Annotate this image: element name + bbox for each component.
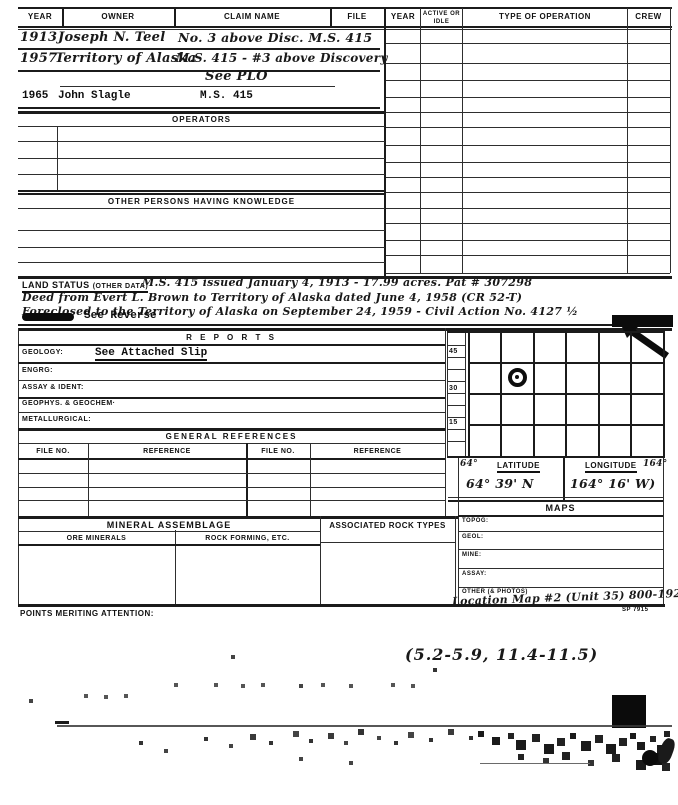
rule: [18, 604, 665, 607]
rule: [18, 397, 445, 399]
owner-row-year: 1965: [22, 90, 48, 102]
col-header-owner: OWNER: [62, 12, 174, 21]
points-meriting-attention-label: POINTS MERITING ATTENTION:: [20, 609, 154, 618]
grid-line: [447, 456, 665, 458]
grid-tick-15: 15: [449, 419, 458, 426]
geology-label: GEOLOGY:: [22, 349, 63, 356]
rule: [18, 230, 385, 231]
col-header-year-right: YEAR: [386, 12, 420, 21]
tick: [447, 417, 465, 418]
rule: [386, 273, 670, 274]
longitude-hand-suffix: 164°: [643, 459, 668, 469]
rule: [18, 324, 672, 326]
rule: [18, 247, 385, 248]
location-marker-icon: [508, 368, 527, 387]
scan-artifact-line: [57, 725, 672, 727]
rule: [386, 240, 670, 241]
scan-artifact: [55, 721, 69, 724]
owner-row-claim: M.S. 415 - #3 above Discovery: [176, 51, 388, 65]
maps-mine-label: MINE:: [462, 552, 482, 558]
rule: [386, 223, 670, 224]
grid-line: [447, 331, 665, 333]
metallurgical-label: METALLURGICAL:: [22, 416, 91, 423]
grid-line: [598, 331, 600, 458]
rule: [458, 568, 663, 569]
col-header-active-or-idle: ACTIVE OR IDLE: [421, 10, 462, 26]
operators-title: OPERATORS: [18, 115, 385, 124]
rule: [448, 500, 663, 502]
rule: [455, 516, 456, 604]
rule: [18, 48, 380, 50]
longitude-value: 164° 16' W): [570, 476, 656, 491]
maps-geol-label: GEOL:: [462, 534, 484, 540]
col-header-file: FILE: [330, 12, 384, 21]
grid-line: [630, 331, 632, 458]
maps-assay-label: ASSAY:: [462, 571, 487, 577]
tick: [447, 345, 465, 346]
rule: [320, 542, 455, 543]
rule: [445, 328, 446, 516]
rule: [88, 443, 89, 516]
scan-artifact-blob: [656, 737, 677, 766]
rule: [465, 331, 466, 456]
rule: [18, 344, 445, 346]
rule: [60, 86, 335, 87]
rule: [18, 544, 320, 546]
rule: [18, 111, 385, 114]
rule: [386, 145, 670, 146]
grid-tick-45: 45: [449, 348, 458, 355]
latitude-hand-prefix: 64°: [460, 459, 478, 469]
tick: [447, 369, 465, 370]
rule: [18, 531, 320, 532]
latitude-value: 64° 39' N: [466, 476, 534, 491]
col-header-type-of-operation: TYPE OF OPERATION: [463, 12, 627, 21]
general-references-title: GENERAL REFERENCES: [18, 432, 445, 441]
rule: [18, 473, 445, 474]
land-status-line2: Deed from Evert L. Brown to Territory of…: [22, 291, 522, 304]
geology-value: See Attached Slip: [95, 347, 207, 361]
rule: [18, 487, 445, 488]
latitude-label: LATITUDE: [497, 461, 540, 473]
tick: [447, 429, 465, 430]
maps-topog-label: TOPOG:: [462, 518, 489, 524]
scan-artifact-line: [480, 763, 590, 764]
rule: [386, 80, 670, 81]
rule: [18, 141, 385, 142]
scanned-claim-record-card: YEAR OWNER CLAIM NAME FILE YEAR ACTIVE O…: [0, 0, 678, 805]
reports-title: R E P O R T S: [18, 333, 445, 342]
scan-noise: [0, 0, 2, 2]
col-header-year: YEAR: [18, 12, 62, 21]
rule: [458, 458, 459, 500]
land-status-label-main: LAND STATUS: [22, 280, 90, 290]
rule: [310, 443, 311, 516]
rule: [18, 193, 385, 195]
geophys-geochem-label: GEOPHYS. & GEOCHEM·: [22, 400, 116, 407]
owner-row-owner: Joseph N. Teel: [58, 30, 165, 45]
genref-col2-header: REFERENCE: [88, 448, 246, 455]
owner-row-claim: See PLO: [205, 69, 268, 84]
form-number: SP 7915: [622, 607, 648, 613]
col-header-claim-name: CLAIM NAME: [174, 12, 330, 21]
genref-col3-header: FILE NO.: [246, 448, 310, 455]
rule: [18, 362, 445, 364]
tick: [447, 381, 465, 382]
owner-row-claim: M.S. 415: [200, 90, 253, 102]
rule: [386, 208, 670, 209]
rule: [386, 255, 670, 256]
rule: [386, 97, 670, 98]
rule: [458, 549, 663, 550]
assay-ident-label: ASSAY & IDENT:: [22, 384, 84, 391]
rule: [18, 70, 380, 72]
rule: [18, 443, 445, 444]
associated-rock-types-header: ASSOCIATED ROCK TYPES: [320, 521, 455, 531]
rule: [18, 458, 445, 460]
col-header-crew: CREW: [627, 12, 670, 21]
rule: [458, 531, 663, 532]
rule: [18, 328, 19, 605]
rule: [18, 262, 385, 263]
rule: [420, 8, 421, 273]
grid-line: [533, 331, 535, 458]
genref-col1-header: FILE NO.: [18, 448, 88, 455]
owner-row-year: 1957: [20, 51, 57, 66]
grid-line: [565, 331, 567, 458]
rule: [448, 497, 663, 498]
rule: [18, 126, 385, 127]
rule: [18, 428, 445, 431]
scan-artifact-square: [612, 695, 646, 728]
rule: [246, 443, 248, 516]
ore-minerals-header: ORE MINERALS: [18, 535, 175, 542]
tick: [447, 393, 465, 394]
rule: [18, 158, 385, 159]
rule: [458, 515, 663, 517]
rule: [462, 8, 463, 273]
grid-line: [500, 331, 502, 458]
longitude-label: LONGITUDE: [585, 461, 637, 473]
grid-line: [663, 331, 665, 458]
handwritten-annotation: (5.2-5.9, 11.4-11.5): [405, 645, 598, 664]
rule: [627, 8, 628, 273]
grid-line: [468, 331, 470, 458]
owner-row-owner: John Slagle: [58, 90, 131, 102]
rule: [18, 7, 672, 9]
tick: [447, 357, 465, 358]
engrg-label: ENGRG:: [22, 367, 53, 374]
rule: [386, 127, 670, 128]
maps-title: MAPS: [458, 503, 663, 513]
rule: [384, 7, 386, 277]
land-status-label-sub: (OTHER DATA): [93, 283, 149, 290]
tick: [447, 405, 465, 406]
owner-row-claim: No. 3 above Disc. M.S. 415: [178, 30, 372, 45]
rule: [18, 412, 445, 413]
rule: [386, 63, 670, 64]
mineral-assemblage-title: MINERAL ASSEMBLAGE: [18, 520, 320, 530]
rule: [18, 380, 445, 381]
rule: [386, 192, 670, 193]
rule: [670, 7, 671, 273]
rule: [386, 177, 670, 178]
rule: [563, 458, 565, 500]
rule: [18, 107, 380, 109]
owner-row-year: 1913: [20, 30, 57, 45]
rule: [386, 43, 670, 44]
rule: [386, 26, 672, 28]
scan-artifact-dot: [642, 750, 658, 766]
rule: [18, 208, 385, 209]
rule: [18, 500, 445, 501]
rule: [18, 174, 385, 175]
land-status-line1: M.S. 415 issued January 4, 1913 - 17.99 …: [142, 276, 532, 289]
other-persons-title: OTHER PERSONS HAVING KNOWLEDGE: [18, 197, 385, 206]
rule: [18, 516, 458, 519]
redaction-blob: [22, 313, 74, 321]
rule: [386, 162, 670, 163]
arrow-annotation-icon: [575, 310, 675, 365]
grid-tick-30: 30: [449, 385, 458, 392]
rock-forming-header: ROCK FORMING, ETC.: [175, 535, 320, 542]
genref-col4-header: REFERENCE: [310, 448, 445, 455]
see-reverse-note: See Reverse: [84, 310, 157, 322]
tick: [447, 441, 465, 442]
rule: [18, 190, 385, 192]
rule: [386, 112, 670, 113]
